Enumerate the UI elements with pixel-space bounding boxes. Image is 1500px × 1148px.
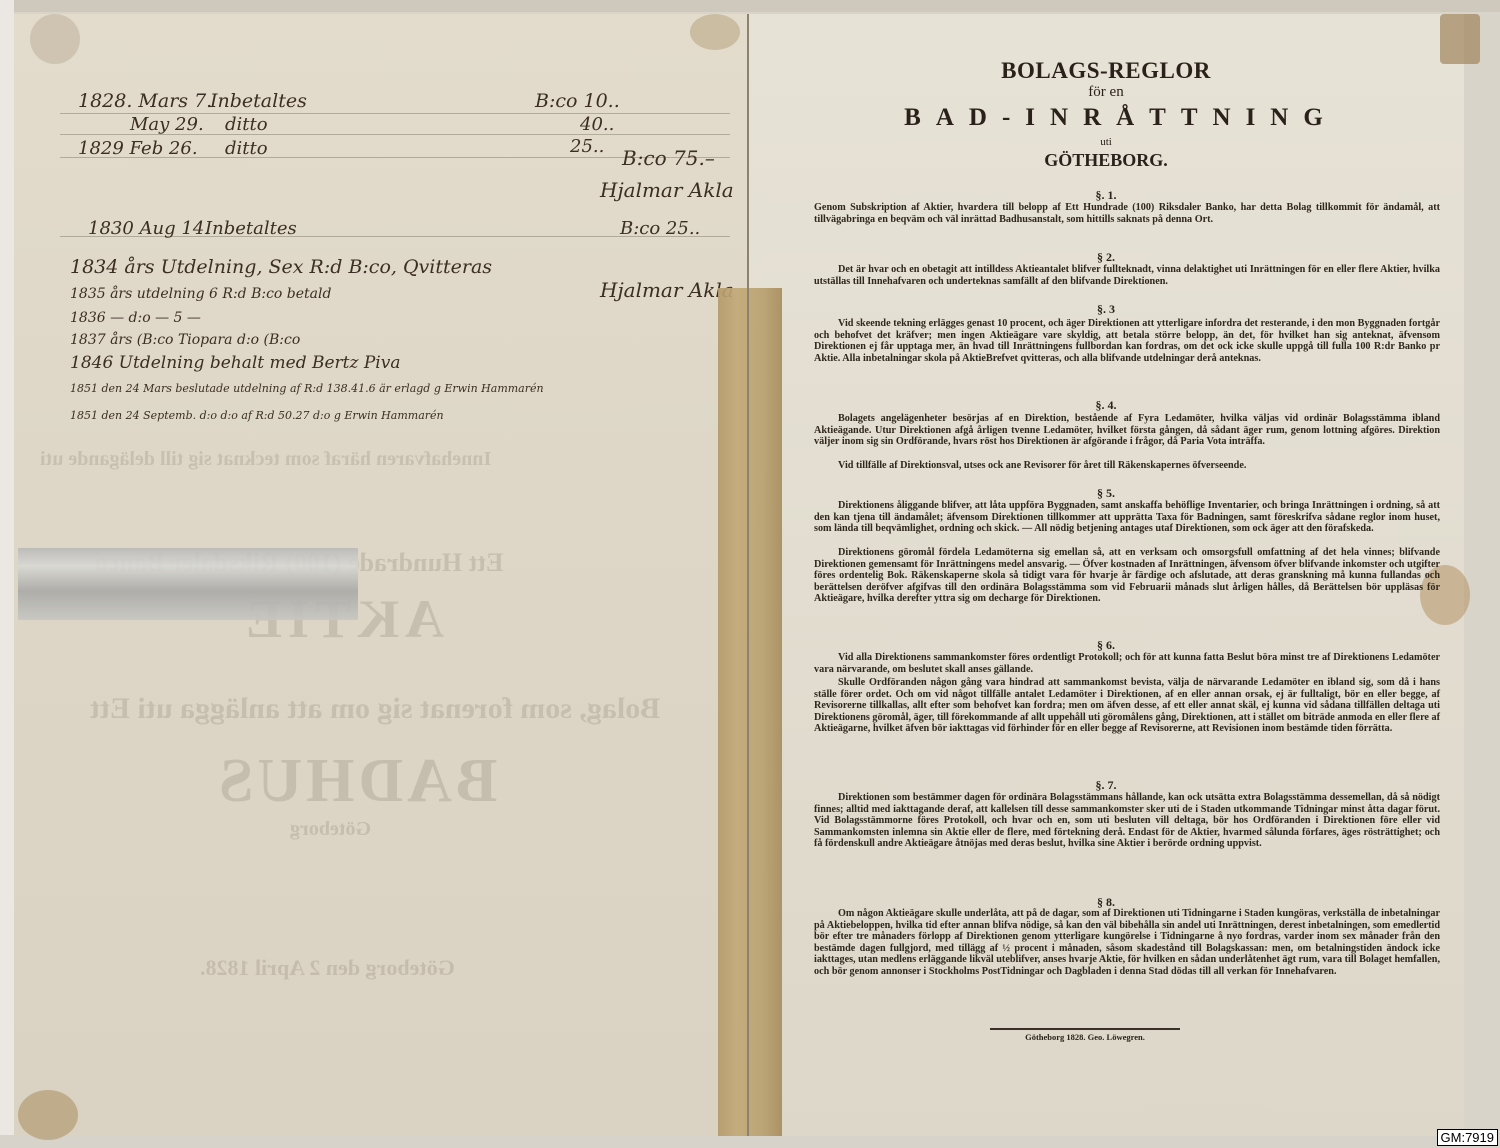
ledger-date: May 29. xyxy=(130,114,204,135)
document-subtitle: för en xyxy=(748,84,1464,101)
dividend-entry: 1846 Utdelning behalt med Bertz Piva xyxy=(70,353,400,373)
dividend-entry: 1836 — d:o — 5 — xyxy=(70,310,201,326)
section-mark: § 5. xyxy=(748,486,1464,501)
ledger-amount: B:co 25.. xyxy=(620,218,700,239)
bleed-through-text: Göteborg den 2 April 1828. xyxy=(200,955,455,981)
section-mark: §. 4. xyxy=(748,398,1464,413)
document-subtitle: uti xyxy=(748,136,1464,148)
ledger-text: Inbetaltes xyxy=(210,90,307,112)
ledger-amount: 25.. xyxy=(570,136,604,157)
section-text: Vid skeende tekning erlägges genast 10 p… xyxy=(814,318,1440,364)
section-text: Vid alla Direktionens sammankomster före… xyxy=(814,652,1440,675)
printer-imprint: Götheborg 1828. Geo. Löwegren. xyxy=(990,1028,1180,1042)
ledger-text: Inbetaltes xyxy=(205,218,297,239)
damage-stain xyxy=(18,1090,78,1140)
section-mark: §. 7. xyxy=(748,778,1464,793)
section-text: Skulle Ordföranden någon gång vara hindr… xyxy=(814,677,1440,735)
ledger-date: 1830 Aug 14. xyxy=(88,218,210,239)
section-text: Det är hvar och en obetagit att intillde… xyxy=(814,264,1440,287)
signature: Hjalmar Akla xyxy=(600,278,734,302)
ledger-amount: 40.. xyxy=(580,114,614,135)
section-text: Bolagets angelägenheter besörjas af en D… xyxy=(814,413,1440,448)
dividend-entry: 1837 års (B:co Tiopara d:o (B:co xyxy=(70,332,300,348)
signature: Hjalmar Akla xyxy=(600,178,734,202)
section-text: Om någon Aktieägare skulle underlåta, at… xyxy=(814,908,1440,978)
ledger-total: B:co 75.– xyxy=(622,146,715,170)
scan-backdrop-bottom xyxy=(0,1135,1500,1148)
dividend-entry: 1851 den 24 Septemb. d:o d:o af R:d 50.2… xyxy=(70,409,444,422)
document-heading: BAD-INRÅTTNING xyxy=(748,104,1464,132)
bleed-through-text: Bolag, som forenat sig om att anlägga ut… xyxy=(90,692,660,726)
bleed-through-text: Innehafvaren häraf som tecknat sig till … xyxy=(40,448,491,471)
spine-repair-tape xyxy=(718,288,782,1136)
bleed-through-text: Göteborg xyxy=(290,818,371,841)
bleed-through-text: BADHUS xyxy=(215,746,497,817)
ledger-text: ditto xyxy=(225,114,268,135)
dividend-entry: 1835 års utdelning 6 R:d B:co betald xyxy=(70,286,331,302)
catalog-number-label: GM:7919 xyxy=(1437,1129,1498,1146)
section-mark: §. 3 xyxy=(748,302,1464,317)
section-mark: § 2. xyxy=(748,250,1464,265)
dividend-entry: 1851 den 24 Mars beslutade utdelning af … xyxy=(70,382,544,395)
dividend-entry: 1834 års Utdelning, Sex R:d B:co, Qvitte… xyxy=(70,256,492,278)
section-text: Direktionens göromål fördela Ledamöterna… xyxy=(814,547,1440,605)
ledger-amount: B:co 10.. xyxy=(535,90,620,112)
document-city: GÖTHEBORG. xyxy=(748,150,1464,171)
ledger-text: ditto xyxy=(225,138,268,159)
scan-backdrop-left xyxy=(0,0,14,1148)
spine-fold xyxy=(747,14,749,1136)
damage-stain xyxy=(690,14,740,50)
section-mark: § 6. xyxy=(748,638,1464,653)
section-mark: §. 1. xyxy=(748,188,1464,203)
section-text: Direktionens åliggande blifver, att låta… xyxy=(814,500,1440,535)
ledger-date: 1829 Feb 26. xyxy=(78,138,198,159)
scan-backdrop-top xyxy=(0,0,1500,12)
document-title: BOLAGS-REGLOR xyxy=(748,58,1464,84)
section-text: Vid tillfälle af Direktionsval, utses oc… xyxy=(814,460,1440,472)
damage-stain xyxy=(1440,14,1480,64)
silver-tape-strip xyxy=(18,548,358,620)
damage-stain xyxy=(30,14,80,64)
ledger-date: 1828. Mars 7. xyxy=(78,90,212,112)
section-text: Direktionen som bestämmer dagen för ordi… xyxy=(814,792,1440,850)
section-text: Genom Subskription af Aktier, hvardera t… xyxy=(814,202,1440,225)
